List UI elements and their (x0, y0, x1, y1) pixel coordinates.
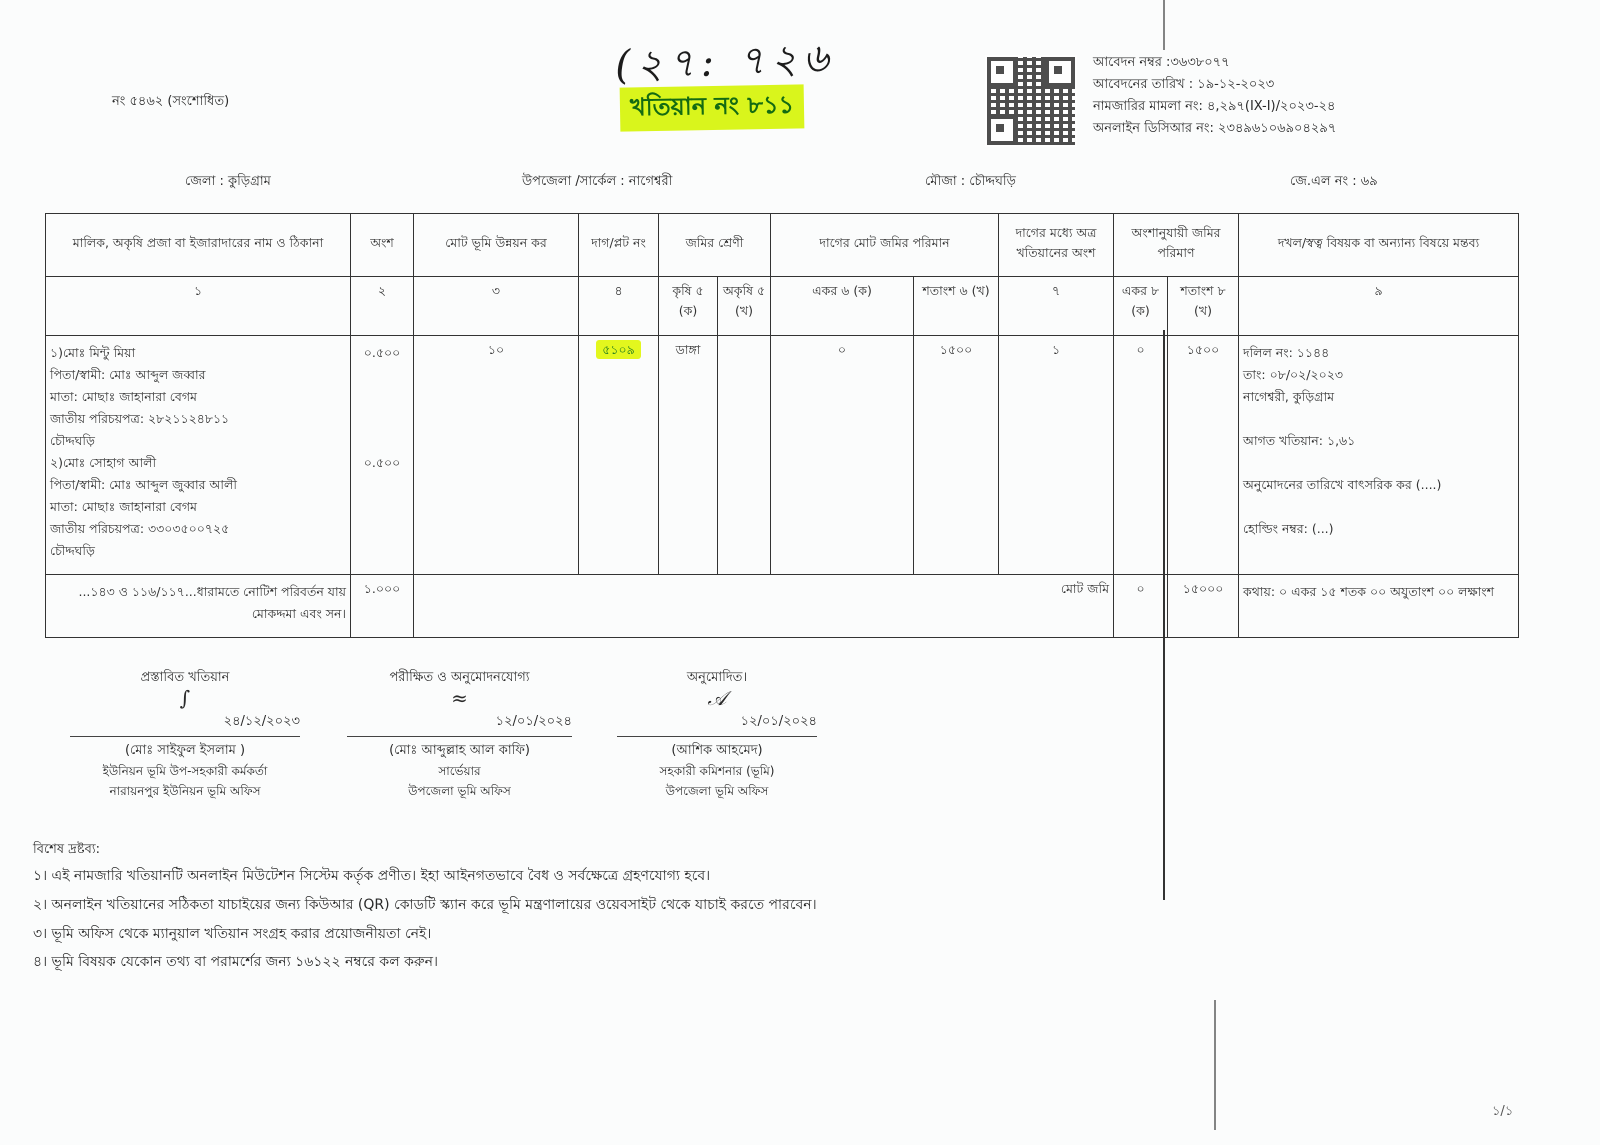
khatian-table: মালিক, অকৃষি প্রজা বা ইজারাদারের নাম ও ঠ… (45, 213, 1519, 638)
col-number: একর ৮ (ক) (1114, 277, 1168, 336)
share-cell: ০.৫০০ ০.৫০০ (351, 336, 414, 575)
signatory-name: (আশিক আহমেদ) (617, 741, 817, 761)
signature-date: ১২/০১/২০২৪ (347, 712, 572, 732)
share-value: ০.৫০০ (355, 342, 409, 364)
table-row: ১)মোঃ মিন্টু মিয়া পিতা/স্বামী: মোঃ আব্দ… (46, 336, 1519, 575)
total-note: ...১৪৩ ও ১১৬/১১৭...ধারামতে নোটিশ পরিবর্ত… (46, 575, 351, 638)
signature-approved: অনুমোদিত। 𝒜 ১২/০১/২০২৪ (আশিক আহমেদ) সহকা… (617, 668, 817, 801)
col-dag-total-header: দাগের মোট জমির পরিমান (771, 214, 999, 277)
signatory-designation: ইউনিয়ন ভূমি উপ-সহকারী কর্মকর্তা (70, 761, 300, 781)
owner-line: পিতা/স্বামী: মোঃ আব্দুল জুব্বার আলী (50, 474, 346, 496)
page-number: ১/১ (1492, 1102, 1513, 1123)
mouza: মৌজা : চৌদ্দঘড়ি (925, 172, 1016, 193)
total-share: ১.০০০ (351, 575, 414, 638)
signature-date: ১২/০১/২০২৪ (617, 712, 817, 732)
remark-spacer (1243, 452, 1514, 474)
krishi-cell: ডাঙ্গা (659, 336, 718, 575)
note-item: ১। এই নামজারি খতিয়ানটি অনলাইন মিউটেশন স… (33, 862, 710, 890)
col-share-land-header: অংশানুযায়ী জমির পরিমাণ (1114, 214, 1239, 277)
signature-line (347, 736, 572, 737)
remark-spacer (1243, 408, 1514, 430)
col-number: ৭ (999, 277, 1114, 336)
notes-heading: বিশেষ দ্রষ্টব্য: (33, 836, 100, 864)
acre-8a-cell: ০ (1114, 336, 1168, 575)
qr-corner (1045, 57, 1075, 87)
signature-line (70, 736, 300, 737)
owner-line: মাতা: মোছাঃ জাহানারা বেগম (50, 496, 346, 518)
col-number: ৪ (579, 277, 659, 336)
dag-cell: ৫১০৯ (579, 336, 659, 575)
col-number: ২ (351, 277, 414, 336)
share-value: ০.৫০০ (355, 452, 409, 474)
remark-line: দলিল নং: ১১৪৪ (1243, 342, 1514, 364)
signatory-designation: সহকারী কমিশনার (ভূমি) (617, 761, 817, 781)
signature-line (617, 736, 817, 737)
signature-title: প্রস্তাবিত খতিয়ান (70, 668, 300, 688)
remark-line: নাগেশ্বরী, কুড়িগ্রাম (1243, 386, 1514, 408)
total-shotangsho: ১৫০০০ (1168, 575, 1239, 638)
col-number: ৩ (414, 277, 579, 336)
signatory-name: (মোঃ সাইফুল ইসলাম ) (70, 741, 300, 761)
signature-verified: পরীক্ষিত ও অনুমোদনযোগ্য ≈ ১২/০১/২০২৪ (মো… (347, 668, 572, 801)
col-dag-share-header: দাগের মধ্যে অত্র খতিয়ানের অংশ (999, 214, 1114, 277)
upazila: উপজেলা /সার্কেল : নাগেশ্বরী (522, 172, 672, 193)
remark-line: তাং: ০৮/০২/২০২৩ (1243, 364, 1514, 386)
application-date: আবেদনের তারিখ : ১৯-১২-২০২৩ (1093, 74, 1336, 96)
col-remarks-header: দখল/স্বত্ব বিষয়ক বা অন্যান্য বিষয়ে মন্… (1239, 214, 1519, 277)
column-number-row: ১ ২ ৩ ৪ কৃষি ৫ (ক) অকৃষি ৫ (খ) একর ৬ (ক)… (46, 277, 1519, 336)
signatory-name: (মোঃ আব্দুল্লাহ আল কাফি) (347, 741, 572, 761)
col-number: শতাংশ ৮ (খ) (1168, 277, 1239, 336)
signatory-office: উপজেলা ভূমি অফিস (617, 781, 817, 801)
form-number: নং ৫৪৬২ (সংশোধিত) (112, 92, 229, 113)
mutation-case-number: নামজারির মামলা নং: ৪,২৯৭(IX-I)/২০২৩-২৪ (1093, 96, 1336, 118)
total-label: মোট জমি (414, 575, 1114, 638)
col-tax-header: মোট ভূমি উন্নয়ন কর (414, 214, 579, 277)
signatory-office: উপজেলা ভূমি অফিস (347, 781, 572, 801)
signature-title: অনুমোদিত। (617, 668, 817, 688)
col-owner-header: মালিক, অকৃষি প্রজা বা ইজারাদারের নাম ও ঠ… (46, 214, 351, 277)
acre-6a-cell: ০ (771, 336, 914, 575)
online-dcr-number: অনলাইন ডিসিআর নং: ২৩৪৯৬১০৬৯০৪২৯৭ (1093, 118, 1336, 140)
signature-title: পরীক্ষিত ও অনুমোদনযোগ্য (347, 668, 572, 688)
owner-line: জাতীয় পরিচয়পত্র: ২৮২১১২৪৮১১ (50, 408, 346, 430)
owner-line: জাতীয় পরিচয়পত্র: ৩৩০৩৫০০৭২৫ (50, 518, 346, 540)
col-number: একর ৬ (ক) (771, 277, 914, 336)
application-number: আবেদন নম্বর :৩৬৩৮০৭৭ (1093, 52, 1336, 74)
col-number: কৃষি ৫ (ক) (659, 277, 718, 336)
signatory-designation: সার্ভেয়ার (347, 761, 572, 781)
district: জেলা : কুড়িগ্রাম (185, 172, 271, 193)
remark-line: আগত খতিয়ান: ১,৬১ (1243, 430, 1514, 452)
total-acre: ০ (1114, 575, 1168, 638)
col-number: ১ (46, 277, 351, 336)
note-item: ৪। ভূমি বিষয়ক যেকোন তথ্য বা পরামর্শের জ… (33, 948, 438, 976)
khatian-title: খতিয়ান নং ৮১১ (620, 84, 805, 131)
application-info: আবেদন নম্বর :৩৬৩৮০৭৭ আবেদনের তারিখ : ১৯-… (1093, 52, 1336, 140)
col-land-class-header: জমির শ্রেণী (659, 214, 771, 277)
col-number: শতাংশ ৬ (খ) (914, 277, 999, 336)
dag-number: ৫১০৯ (596, 340, 640, 359)
col7-cell: ১ (999, 336, 1114, 575)
qr-corner (987, 115, 1017, 145)
qr-corner (987, 57, 1017, 87)
note-item: ৩। ভূমি অফিস থেকে ম্যানুয়াল খতিয়ান সংগ… (33, 920, 431, 948)
qr-code[interactable] (985, 55, 1077, 147)
pen-mark (1163, 330, 1165, 900)
signature-date: ২৪/১২/২০২৩ (70, 712, 300, 732)
remark-line: অনুমোদনের তারিখে বাৎসরিক কর (....) (1243, 474, 1514, 496)
owner-line: ১)মোঃ মিন্টু মিয়া (50, 342, 346, 364)
signatory-office: নারায়নপুর ইউনিয়ন ভূমি অফিস (70, 781, 300, 801)
col-number: ৯ (1239, 277, 1519, 336)
owner-cell: ১)মোঃ মিন্টু মিয়া পিতা/স্বামী: মোঃ আব্দ… (46, 336, 351, 575)
col-number: অকৃষি ৫ (খ) (718, 277, 771, 336)
shotangsho-6b-cell: ১৫০০ (914, 336, 999, 575)
shotangsho-8b-cell: ১৫০০ (1168, 336, 1239, 575)
remarks-cell: দলিল নং: ১১৪৪ তাং: ০৮/০২/২০২৩ নাগেশ্বরী,… (1239, 336, 1519, 575)
owner-line: মাতা: মোছাঃ জাহানারা বেগম (50, 386, 346, 408)
header-row: মালিক, অকৃষি প্রজা বা ইজারাদারের নাম ও ঠ… (46, 214, 1519, 277)
total-in-words: কথায়: ০ একর ১৫ শতক ০০ অযুতাংশ ০০ লক্ষাং… (1239, 575, 1519, 638)
owner-line: ২)মোঃ সোহাগ আলী (50, 452, 346, 474)
okrishi-cell (718, 336, 771, 575)
owner-line: চৌদ্দঘড়ি (50, 430, 346, 452)
signature-scribble: ∫ (70, 688, 300, 712)
jl-number: জে.এল নং : ৬৯ (1290, 172, 1378, 193)
col-share-header: অংশ (351, 214, 414, 277)
signature-scribble: 𝒜 (617, 688, 817, 712)
pen-mark (1214, 1000, 1216, 1130)
note-item: ২। অনলাইন খতিয়ানের সঠিকতা যাচাইয়ের জন্… (33, 891, 817, 919)
remark-spacer (1243, 496, 1514, 518)
signature-proposed: প্রস্তাবিত খতিয়ান ∫ ২৪/১২/২০২৩ (মোঃ সাই… (70, 668, 300, 801)
col-dag-header: দাগ/প্লট নং (579, 214, 659, 277)
signature-scribble: ≈ (347, 688, 572, 712)
owner-line: চৌদ্দঘড়ি (50, 540, 346, 562)
tax-cell: ১০ (414, 336, 579, 575)
total-row: ...১৪৩ ও ১১৬/১১৭...ধারামতে নোটিশ পরিবর্ত… (46, 575, 1519, 638)
pen-mark (1163, 0, 1165, 50)
owner-line: পিতা/স্বামী: মোঃ আব্দুল জব্বার (50, 364, 346, 386)
remark-line: হোল্ডিং নম্বর: (...) (1243, 518, 1514, 540)
